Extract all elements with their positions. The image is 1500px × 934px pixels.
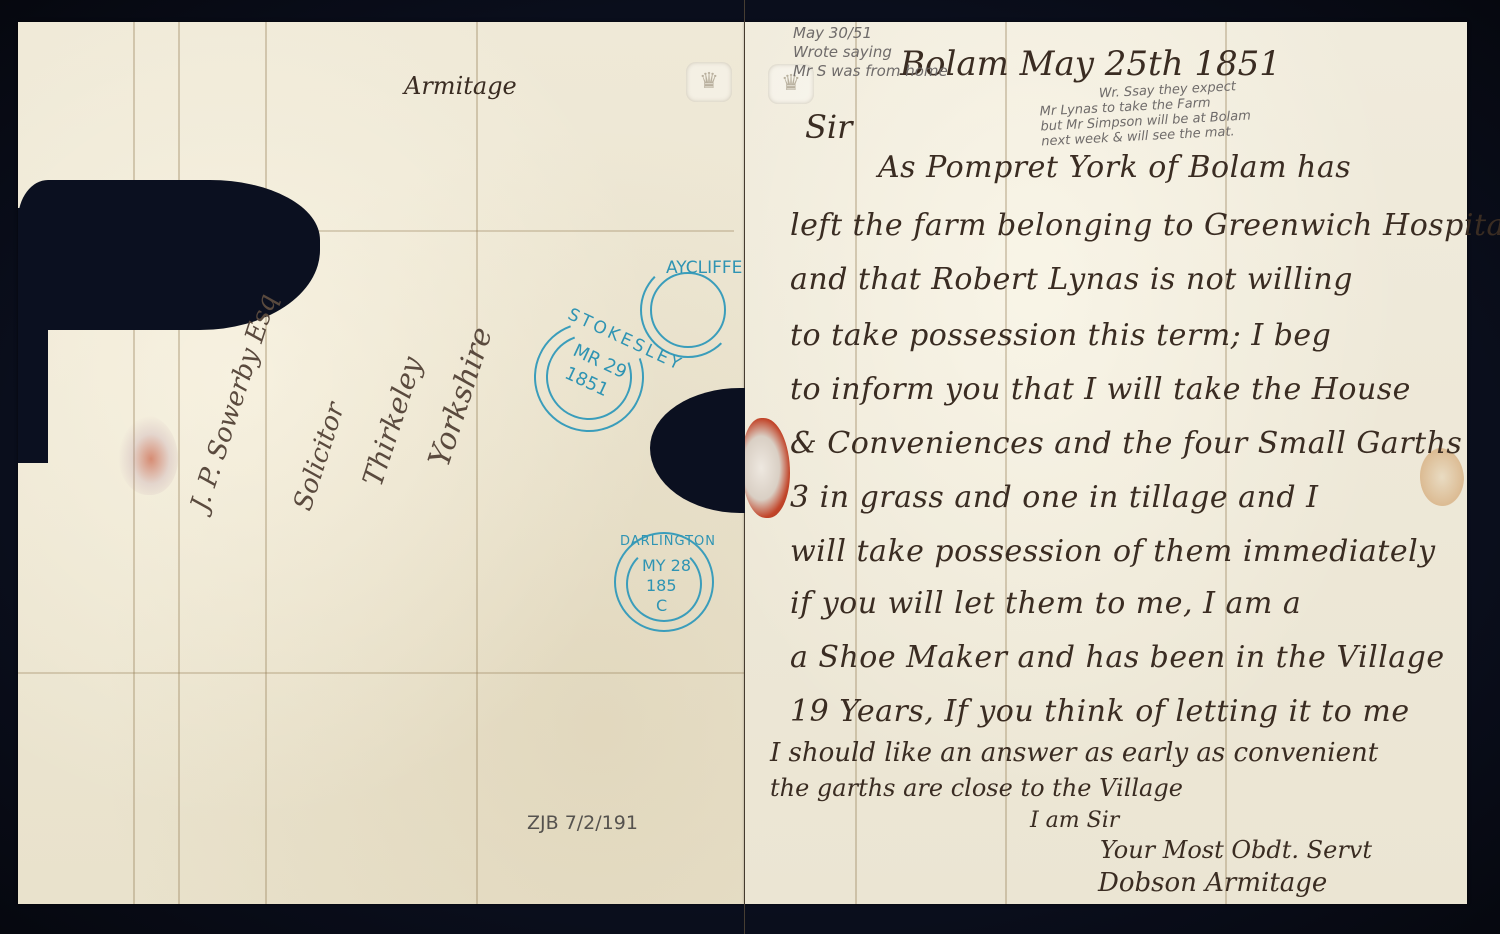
fold-line [18, 672, 744, 674]
address-block: J. P. Sowerby Esq Solicitor Thirkeley Yo… [240, 250, 480, 670]
postmark-year: 185 [646, 576, 677, 595]
fold-line [855, 22, 857, 904]
address-line-2: Solicitor [288, 399, 351, 514]
dateline: Bolam May 25th 1851 [900, 44, 1281, 84]
salutation: Sir [805, 108, 852, 146]
body-line: As Pompret York of Bolam has [878, 150, 1351, 185]
fold-line [178, 22, 180, 904]
body-line: will take possession of them immediately [790, 534, 1436, 569]
body-line: if you will let them to me, I am a [790, 586, 1301, 621]
pencil-note-left: May 30/51 Wrote saying Mr S was from hom… [793, 24, 948, 81]
archive-reference: ZJB 7/2/191 [527, 812, 638, 834]
signature: Dobson Armitage [1098, 868, 1327, 898]
body-line: I should like an answer as early as conv… [770, 738, 1378, 768]
body-line: to take possession this term; I beg [790, 318, 1331, 353]
postmark-text: AYCLIFFE [666, 258, 742, 278]
body-line: and that Robert Lynas is not willing [790, 262, 1353, 297]
docket-name: Armitage [404, 72, 517, 100]
body-line: left the farm belonging to Greenwich Hos… [790, 208, 1500, 243]
postmark-code: C [656, 596, 667, 615]
fold-line [258, 230, 734, 232]
body-line: 3 in grass and one in tillage and I [790, 480, 1318, 515]
crown-emboss-icon: ♛ [686, 62, 732, 102]
postmark-text: DARLINGTON [620, 534, 716, 549]
closing-line: Your Most Obdt. Servt [1100, 836, 1372, 864]
torn-edge [18, 208, 48, 463]
body-line: a Shoe Maker and has been in the Village [790, 640, 1445, 675]
closing-line: I am Sir [1030, 808, 1119, 833]
pencil-note-right: Wr. Ssay they expect Mr Lynas to take th… [1039, 79, 1252, 150]
body-line: the garths are close to the Village [770, 774, 1183, 802]
pencil-note-line: Mr S was from home [793, 62, 948, 81]
pencil-note-line: May 30/51 [793, 24, 948, 43]
body-line: 19 Years, If you think of letting it to … [790, 694, 1410, 729]
pencil-note-line: Wrote saying [793, 43, 948, 62]
body-line: to inform you that I will take the House [790, 372, 1411, 407]
postmark-date: MY 28 [642, 556, 691, 575]
body-line: & Conveniences and the four Small Garths [790, 426, 1462, 461]
address-line-3: Thirkeley [356, 353, 429, 491]
postmark-darlington: DARLINGTON MY 28 185 C [612, 530, 716, 634]
